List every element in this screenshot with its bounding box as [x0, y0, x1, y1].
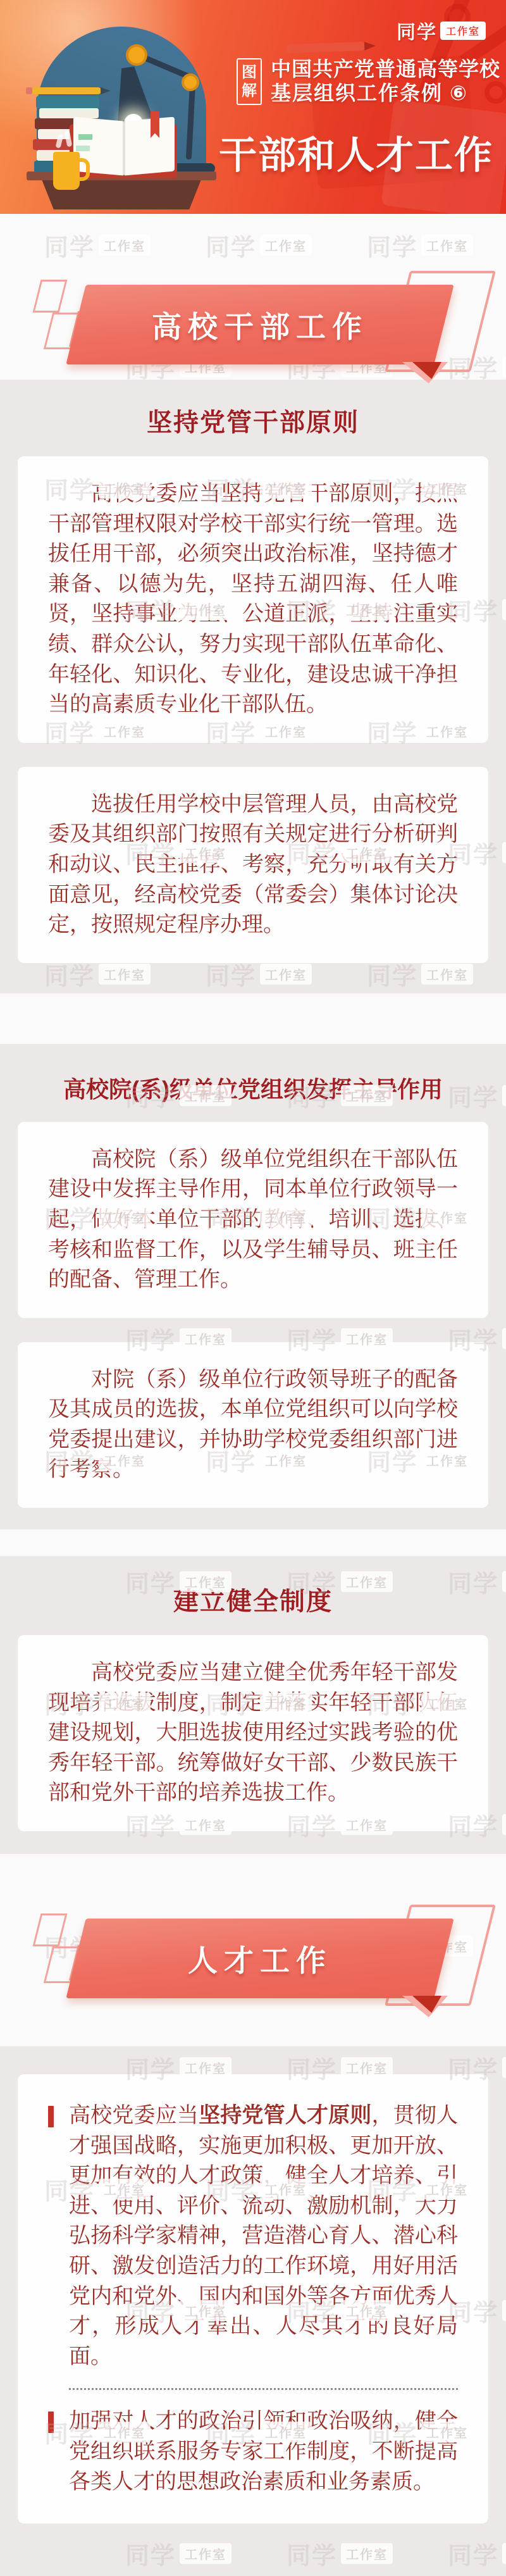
bullet-text-bold: 坚持党管人才原则	[199, 2103, 371, 2127]
banner-label-talent: 人才工作	[76, 1913, 444, 2003]
bullet-item: 加强对人才的政治引领和政治吸纳，健全党组织联系服务专家工作制度，不断提高各类人才…	[48, 2406, 458, 2497]
section-system-building: 建立健全制度 高校党委应当建立健全优秀年轻干部发现培养选拔制度，制定并落实年轻干…	[0, 1556, 506, 1854]
tag-tujie: 图 解	[237, 58, 262, 105]
book-stack-icon	[36, 96, 99, 108]
header-title-line1: 中国共产党普通高等学校	[271, 57, 500, 81]
tag-char: 图	[242, 63, 257, 82]
card-paragraph: 选拔任用学校中层管理人员，由高校党委及其组织部门按照有关规定进行分析研判和动议、…	[48, 790, 458, 940]
pencil-icon	[32, 87, 101, 94]
section-heading: 建立健全制度	[18, 1581, 488, 1617]
pencil-eraser-icon	[26, 87, 32, 94]
page-title: 干部和人才工作	[219, 125, 503, 180]
banner-label-cadre: 高校干部工作	[76, 280, 444, 370]
book-spine	[123, 120, 125, 176]
brand-logo: 同学 工作室	[397, 16, 486, 44]
band-spacer	[0, 1529, 506, 1556]
section-talent-work: 高校党委应当坚持党管人才原则，贯彻人才强国战略，实施更加积极、更加开放、更加有效…	[0, 2046, 506, 2576]
parallelogram-decoration	[33, 1913, 68, 1946]
info-card: 高校党委应当建立健全优秀年轻干部发现培养选拔制度，制定并落实年轻干部队伍建设规划…	[18, 1635, 488, 1831]
dotted-divider	[69, 2388, 458, 2390]
tag-char: 解	[242, 82, 257, 100]
card-paragraph: 高校党委应当建立健全优秀年轻干部发现培养选拔制度，制定并落实年轻干部队伍建设规划…	[48, 1658, 458, 1808]
band-spacer	[0, 993, 506, 1044]
info-card: 对院（系）级单位行政领导班子的配备及其成员的选拔，本单位党组织可以向学校党委提出…	[18, 1342, 488, 1508]
infographic-page: 同学 工作室	[0, 0, 506, 2576]
bullet-text-pre: 高校党委应当	[69, 2103, 199, 2127]
card-paragraph: 高校院（系）级单位党组织在干部队伍建设中发挥主导作用，同本单位行政领导一起，做好…	[48, 1145, 458, 1295]
pencil-decoration	[286, 42, 366, 53]
mug-handle-icon	[76, 158, 90, 181]
banner-band-cadre: 高校干部工作	[0, 214, 506, 380]
page-tab-icon	[76, 146, 90, 151]
bullet-text-post: ，贯彻人才强国战略，实施更加积极、更加开放、更加有效的人才政策，健全人才培养、引…	[69, 2103, 458, 2368]
info-card: 高校党委应当坚持党管干部原则，按照干部管理权限对学校干部实行统一管理。选拔任用干…	[18, 456, 488, 743]
page-tab-icon	[78, 134, 92, 140]
book-page-right	[124, 117, 175, 176]
bullet-marker	[48, 2411, 54, 2433]
mug-icon	[53, 152, 80, 190]
lamp-joint-icon	[182, 73, 199, 91]
card-paragraph: 高校党委应当坚持党管干部原则，按照干部管理权限对学校干部实行统一管理。选拔任用干…	[48, 479, 458, 720]
brand-name: 同学	[397, 16, 437, 44]
header-titles: 中国共产党普通高等学校 基层组织工作条例 ⑥	[271, 57, 500, 105]
info-card: 高校院（系）级单位党组织在干部队伍建设中发挥主导作用，同本单位行政领导一起，做好…	[18, 1122, 488, 1318]
bullet-paragraph: 高校党委应当坚持党管人才原则，贯彻人才强国战略，实施更加积极、更加开放、更加有效…	[69, 2101, 458, 2372]
parallelogram-decoration	[33, 280, 68, 313]
info-card: 高校党委应当坚持党管人才原则，贯彻人才强国战略，实施更加积极、更加开放、更加有效…	[18, 2074, 488, 2523]
section-cadre-principle: 坚持党管干部原则 高校党委应当坚持党管干部原则，按照干部管理权限对学校干部实行统…	[0, 380, 506, 993]
info-card: 选拔任用学校中层管理人员，由高校党委及其组织部门按照有关规定进行分析研判和动议、…	[18, 767, 488, 963]
banner-band-talent: 人才工作	[0, 1854, 506, 2046]
header-title-line2: 基层组织工作条例 ⑥	[271, 81, 500, 105]
workshop-badge: 工作室	[440, 22, 486, 40]
section-heading: 坚持党管干部原则	[18, 402, 488, 439]
pencil-tip-icon	[364, 41, 376, 51]
hero-header: 同学 工作室	[0, 0, 506, 214]
bullet-paragraph: 加强对人才的政治引领和政治吸纳，健全党组织联系服务专家工作制度，不断提高各类人才…	[69, 2406, 458, 2497]
section-heading: 高校院(系)级单位党组织发挥主导作用	[18, 1072, 488, 1104]
bullet-marker	[48, 2106, 54, 2127]
lamp-joint-icon	[126, 44, 147, 66]
section-banner-talent: 人才工作	[0, 1913, 506, 2008]
bullet-item: 高校党委应当坚持党管人才原则，贯彻人才强国战略，实施更加积极、更加开放、更加有效…	[48, 2101, 458, 2372]
desk-illustration	[0, 0, 228, 214]
section-department-party: 高校院(系)级单位党组织发挥主导作用 高校院（系）级单位党组织在干部队伍建设中发…	[0, 1044, 506, 1529]
section-banner-cadre: 高校干部工作	[0, 280, 506, 375]
card-paragraph: 对院（系）级单位行政领导班子的配备及其成员的选拔，本单位党组织可以向学校党委提出…	[48, 1365, 458, 1485]
